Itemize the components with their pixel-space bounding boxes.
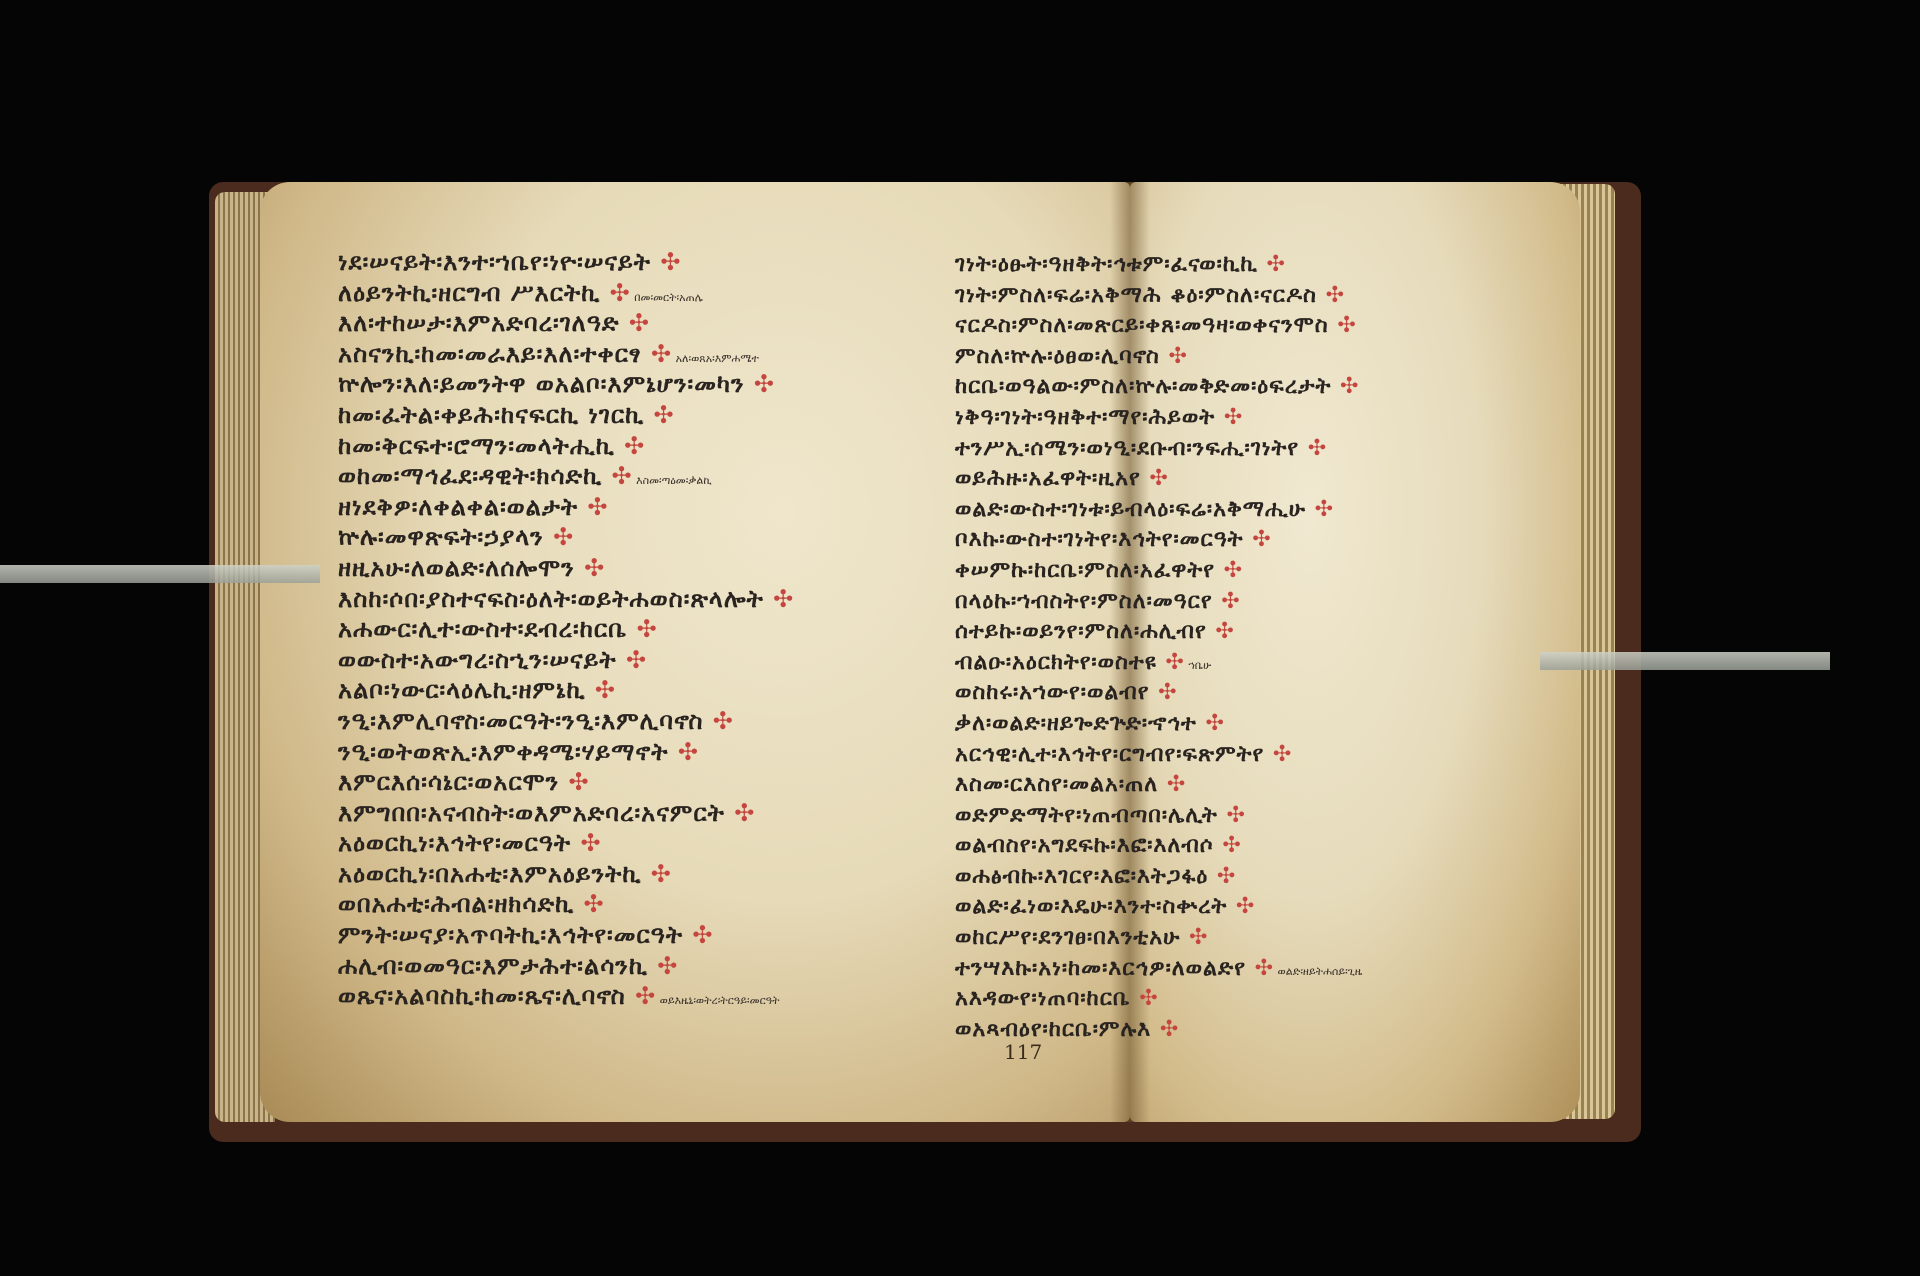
rubric-cross-icon: ✣ (1221, 589, 1240, 614)
rubric-cross-icon: ✣ (653, 401, 674, 429)
rubric-cross-icon: ✣ (584, 554, 605, 582)
rubric-cross-icon: ✣ (1337, 313, 1356, 338)
manuscript-line: ምስለ፡ኵሉ፡ዕፀወ፡ሊባኖስ ✣ (955, 342, 1362, 373)
rubric-cross-icon: ✣ (595, 676, 616, 704)
manuscript-line: ነቅዓ፡ገነት፡ዓዘቅተ፡ማየ፡ሕይወት ✣ (955, 403, 1362, 434)
rubric-cross-icon: ✣ (553, 523, 574, 551)
rubric-cross-icon: ✣ (657, 952, 678, 980)
rubric-cross-icon: ✣ (1226, 803, 1245, 828)
rubric-cross-icon: ✣ (651, 860, 672, 888)
rubric-cross-icon: ✣ (635, 982, 656, 1010)
manuscript-line: ገነት፡ዕፁት፡ዓዘቅት፡ኅቱም፡ፈናወ፡ኪኪ ✣ (955, 250, 1362, 281)
manuscript-line: ነደ፡ሠናይት፡እንተ፡ኀቤየ፡ነዮ፡ሠናይት ✣ (338, 247, 794, 278)
rubric-cross-icon: ✣ (629, 309, 650, 337)
rubric-cross-icon: ✣ (587, 493, 608, 521)
rubric-cross-icon: ✣ (1139, 986, 1158, 1011)
rubric-cross-icon: ✣ (1189, 925, 1208, 950)
marginal-note: አለ፡ወጸአ፡እምሐሜተ (672, 352, 759, 365)
rubric-cross-icon: ✣ (773, 585, 794, 613)
page-holder-strip-right (1540, 652, 1830, 670)
manuscript-line: ወጼና፡አልባስኪ፡ከመ፡ጼና፡ሊባኖስ ✣ ወይእዜኒ፡ወትረ፡ትርዓይ፡መር… (338, 981, 794, 1012)
manuscript-line: ኵሎን፡እለ፡ይመንትዋ ወአልቦ፡እምኔሆን፡መካን ✣ (338, 369, 794, 400)
folio-number: 117 (1004, 1040, 1042, 1064)
rubric-cross-icon: ✣ (651, 340, 672, 368)
manuscript-line: ወይሕዙ፡አፈዋት፡ዚአየ ✣ (955, 464, 1362, 495)
rubric-cross-icon: ✣ (1340, 374, 1359, 399)
rubric-cross-icon: ✣ (569, 768, 590, 796)
rubric-cross-icon: ✣ (1205, 711, 1224, 736)
page-holder-strip-left (0, 565, 320, 583)
manuscript-line: ተንሥኢ፡ሰሜን፡ወነዒ፡ደቡብ፡ንፍሒ፡ገነትየ ✣ (955, 434, 1362, 465)
rubric-cross-icon: ✣ (678, 738, 699, 766)
rubric-cross-icon: ✣ (1165, 650, 1184, 675)
rubric-cross-icon: ✣ (713, 707, 734, 735)
rubric-cross-icon: ✣ (1160, 1017, 1179, 1042)
manuscript-line: ወልብስየ፡አግደፍኩ፡እፎ፡እለብሶ ✣ (955, 831, 1362, 862)
manuscript-line: ዘነደቅዎ፡ለቀልቀል፡ወልታት ✣ (338, 492, 794, 523)
manuscript-line: ከመ፡ፈትል፡ቀይሕ፡ከናፍርኪ ነገርኪ ✣ (338, 400, 794, 431)
rubric-cross-icon: ✣ (610, 279, 631, 307)
marginal-note: ኀቤሁ (1185, 659, 1211, 672)
manuscript-line: ንዒ፡እምሊባኖስ፡መርዓት፡ንዒ፡እምሊባኖስ ✣ (338, 706, 794, 737)
manuscript-line: ተንሣእኩ፡አነ፡ከመ፡እርኅዎ፡ለወልድየ ✣ ወልድ፡ዘይትሐሰይ፡ጊዜ (955, 954, 1362, 985)
manuscript-line: ሰተይኩ፡ወይንየ፡ምስለ፡ሐሊብየ ✣ (955, 617, 1362, 648)
manuscript-line: እስመ፡ርእስየ፡መልአ፡ጠለ ✣ (955, 770, 1362, 801)
rubric-cross-icon: ✣ (1149, 466, 1168, 491)
manuscript-line: አልቦ፡ነውር፡ላዕሌኪ፡ዘምኔኪ ✣ (338, 675, 794, 706)
manuscript-line: ወውስተ፡አውግረ፡ስኂን፡ሠናይት ✣ (338, 645, 794, 676)
marginal-note: ወልድ፡ዘይትሐሰይ፡ጊዜ (1274, 965, 1362, 978)
right-page-text: ገነት፡ዕፁት፡ዓዘቅት፡ኅቱም፡ፈናወ፡ኪኪ ✣ገነት፡ምስለ፡ፍሬ፡አቅማሕ… (955, 250, 1362, 1045)
manuscript-line: ወበአሐቲ፡ሕብል፡ዘክሳድኪ ✣ (338, 889, 794, 920)
left-page-text: ነደ፡ሠናይት፡እንተ፡ኀቤየ፡ነዮ፡ሠናይት ✣ለዕይንትኪ፡ዘርግብ ሥእር… (338, 247, 794, 1012)
rubric-cross-icon: ✣ (1273, 742, 1292, 767)
rubric-cross-icon: ✣ (1215, 619, 1234, 644)
rubric-cross-icon: ✣ (660, 248, 681, 276)
manuscript-line: ወድምድማትየ፡ነጠብጣበ፡ሌሊት ✣ (955, 801, 1362, 832)
manuscript-line: ዘዚአሁ፡ለወልድ፡ለሰሎሞን ✣ (338, 553, 794, 584)
rubric-cross-icon: ✣ (1266, 252, 1285, 277)
rubric-cross-icon: ✣ (1168, 344, 1187, 369)
rubric-cross-icon: ✣ (1315, 497, 1334, 522)
manuscript-line: ወከመ፡ማኅፈደ፡ዳዊት፡ክሳድኪ ✣ እስመ፡ጣዕመ፡ቃልኪ (338, 461, 794, 492)
rubric-cross-icon: ✣ (1222, 833, 1241, 858)
manuscript-line: ሐሊብ፡ወመዓር፡እምታሕተ፡ልሳንኪ ✣ (338, 951, 794, 982)
manuscript-line: ወልድ፡ውስተ፡ገነቱ፡ይብላዕ፡ፍሬ፡አቅማሒሁ ✣ (955, 495, 1362, 526)
manuscript-line: አእዳውየ፡ነጠባ፡ከርቤ ✣ (955, 984, 1362, 1015)
manuscript-line: ወስከሩ፡አኀውየ፡ወልብየ ✣ (955, 678, 1362, 709)
rubric-cross-icon: ✣ (1217, 864, 1236, 889)
manuscript-line: ኵሉ፡መዋጽፍት፡ኃያላን ✣ (338, 522, 794, 553)
rubric-cross-icon: ✣ (1252, 527, 1271, 552)
manuscript-line: ከመ፡ቅርፍተ፡ሮማን፡መላትሒኪ ✣ (338, 431, 794, 462)
marginal-note: በመ፡መርት፡አጠሌ (631, 291, 703, 304)
rubric-cross-icon: ✣ (612, 462, 633, 490)
manuscript-line: ገነት፡ምስለ፡ፍሬ፡አቅማሕ ቆዕ፡ምስለ፡ናርዶስ ✣ (955, 281, 1362, 312)
manuscript-line: ንዒ፡ወትወጽኢ፡እምቀዳሜ፡ሃይማኖት ✣ (338, 737, 794, 768)
manuscript-line: አዕወርኪነ፡እኅትየ፡መርዓት ✣ (338, 828, 794, 859)
rubric-cross-icon: ✣ (583, 890, 604, 918)
manuscript-line: አርኅዊ፡ሊተ፡እኅትየ፡ርግብየ፡ፍጽምትየ ✣ (955, 740, 1362, 771)
manuscript-line: ወልድ፡ፈነወ፡እዴሁ፡እንተ፡ስቍረት ✣ (955, 892, 1362, 923)
manuscript-line: እለ፡ተከሠታ፡እምአድባረ፡ገለዓድ ✣ (338, 308, 794, 339)
manuscript-line: ቃለ፡ወልድ፡ዘይጐድጕድ፡ኆኅተ ✣ (955, 709, 1362, 740)
marginal-note: እስመ፡ጣዕመ፡ቃልኪ (633, 474, 712, 487)
manuscript-line: ቦእኩ፡ውስተ፡ገነትየ፡እኅትየ፡መርዓት ✣ (955, 525, 1362, 556)
manuscript-line: ለዕይንትኪ፡ዘርግብ ሥእርትኪ ✣ በመ፡መርት፡አጠሌ (338, 278, 794, 309)
manuscript-line: አሐውር፡ሊተ፡ውስተ፡ደብረ፡ከርቤ ✣ (338, 614, 794, 645)
rubric-cross-icon: ✣ (580, 829, 601, 857)
rubric-cross-icon: ✣ (626, 646, 647, 674)
rubric-cross-icon: ✣ (1224, 405, 1243, 430)
rubric-cross-icon: ✣ (624, 432, 645, 460)
manuscript-line: ምንት፡ሠናያ፡አጥባትኪ፡እኅትየ፡መርዓት ✣ (338, 920, 794, 951)
manuscript-line: እስከ፡ሶበ፡ያስተናፍስ፡ዕለት፡ወይትሐወስ፡ጽላሎት ✣ (338, 584, 794, 615)
rubric-cross-icon: ✣ (1236, 894, 1255, 919)
rubric-cross-icon: ✣ (1224, 558, 1243, 583)
rubric-cross-icon: ✣ (1167, 772, 1186, 797)
manuscript-line: በላዕኩ፡ኀብስትየ፡ምስለ፡መዓርየ ✣ (955, 587, 1362, 618)
rubric-cross-icon: ✣ (637, 615, 658, 643)
manuscript-line: እምግበበ፡አናብስት፡ወእምአድባረ፡አናምርት ✣ (338, 798, 794, 829)
manuscript-line: እምርእሰ፡ሳኔር፡ወአርሞን ✣ (338, 767, 794, 798)
manuscript-line: ወከርሥየ፡ደንገፀ፡በእንቲአሁ ✣ (955, 923, 1362, 954)
manuscript-line: ቀሠምኩ፡ከርቤ፡ምስለ፡አፈዋትየ ✣ (955, 556, 1362, 587)
marginal-note: ወይእዜኒ፡ወትረ፡ትርዓይ፡መርዓት (656, 994, 779, 1007)
rubric-cross-icon: ✣ (734, 799, 755, 827)
rubric-cross-icon: ✣ (754, 370, 775, 398)
rubric-cross-icon: ✣ (692, 921, 713, 949)
manuscript-line: ብልዑ፡አዕርክትየ፡ወስተዩ ✣ ኀቤሁ (955, 648, 1362, 679)
manuscript-line: ናርዶስ፡ምስለ፡መጽርይ፡ቀጸ፡መዓዛ፡ወቀናንሞስ ✣ (955, 311, 1362, 342)
manuscript-line: አስናንኪ፡ከመ፡መራእይ፡እለ፡ተቀርፃ ✣ አለ፡ወጸአ፡እምሐሜተ (338, 339, 794, 370)
rubric-cross-icon: ✣ (1158, 680, 1177, 705)
rubric-cross-icon: ✣ (1308, 436, 1327, 461)
manuscript-line: ወሐፅብኩ፡እገርየ፡እፎ፡እትጋፋዕ ✣ (955, 862, 1362, 893)
manuscript-line: ከርቤ፡ወዓልው፡ምስለ፡ኵሉ፡መቅድመ፡ዕፍረታት ✣ (955, 372, 1362, 403)
rubric-cross-icon: ✣ (1255, 956, 1274, 981)
manuscript-line: አዕወርኪነ፡በአሐቲ፡እምአዕይንትኪ ✣ (338, 859, 794, 890)
rubric-cross-icon: ✣ (1326, 283, 1345, 308)
